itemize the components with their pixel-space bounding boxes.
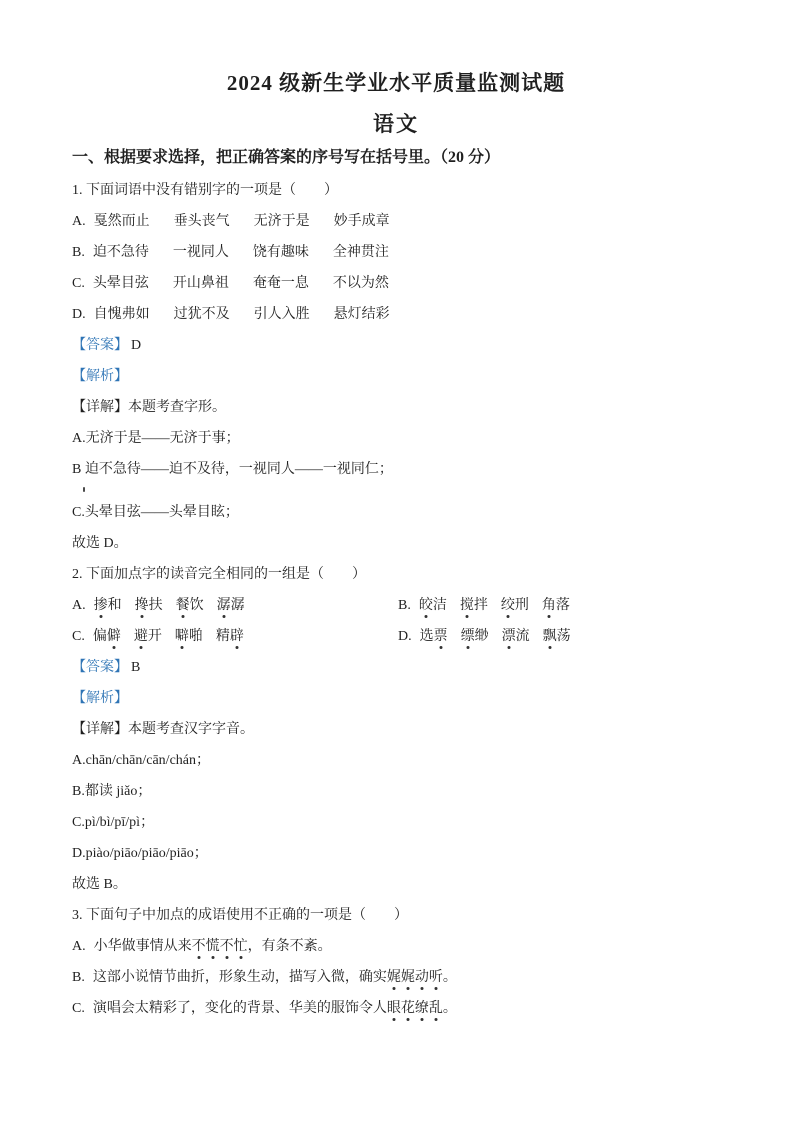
option-text: 演唱会太精彩了，变化的背景、华美的服饰令人眼花缭乱。 (93, 1001, 457, 1016)
option-label: A. (72, 598, 86, 613)
option-label: A. (72, 939, 86, 954)
option-text: 掺和搀扶餐饮潺潺 (94, 598, 245, 613)
q1-option-a: A.戛然而止垂头丧气无济于是妙手成章 (72, 206, 720, 237)
q1-detail-4: C.头晕目弦——头晕目眩； (72, 497, 720, 528)
option-label: A. (72, 214, 86, 229)
option-text: 这部小说情节曲折，形象生动，描写入微，确实娓娓动听。 (93, 970, 457, 985)
q2-option-a: A.掺和搀扶餐饮潺潺 (72, 590, 398, 621)
q1-detail-5: 故选 D。 (72, 528, 720, 559)
option-label: D. (72, 307, 86, 322)
q1-stem: 1. 下面词语中没有错别字的一项是（ ） (72, 175, 720, 206)
option-text: 迫不急待一视同人饶有趣味全神贯注 (93, 245, 389, 260)
q2-option-b: B.皎洁搅拌绞刑角落 (398, 590, 720, 621)
analysis-tag: 【解析】 (72, 691, 128, 706)
scan-artifact-line (72, 485, 720, 497)
q1-option-c: C.头晕目弦开山鼻祖奄奄一息不以为然 (72, 268, 720, 299)
q3-option-b: B.这部小说情节曲折，形象生动，描写入微，确实娓娓动听。 (72, 962, 720, 993)
q1-answer-line: 【答案】D (72, 330, 720, 361)
q2-detail-2: A.chān/chān/cān/chán； (72, 745, 720, 776)
option-text: 皎洁搅拌绞刑角落 (419, 598, 570, 613)
option-label: B. (398, 598, 411, 613)
section-heading: 一、根据要求选择，把正确答案的序号写在括号里。（20 分） (72, 146, 720, 170)
document-body: 1. 下面词语中没有错别字的一项是（ ） A.戛然而止垂头丧气无济于是妙手成章 … (72, 175, 720, 1024)
option-text: 偏僻避开噼啪精辟 (93, 629, 244, 644)
q2-detail-5: D.piào/piāo/piāo/piāo； (72, 838, 720, 869)
q1-option-d: D.自愧弗如过犹不及引人入胜悬灯结彩 (72, 299, 720, 330)
scan-artifact (83, 487, 85, 492)
q2-detail-4: C.pì/bì/pī/pì； (72, 807, 720, 838)
doc-subject: 语文 (72, 110, 720, 138)
q2-analysis-line: 【解析】 (72, 683, 720, 714)
q1-detail-1: 【详解】本题考查字形。 (72, 392, 720, 423)
option-label: B. (72, 970, 85, 985)
q2-option-d: D.选票缥缈漂流飘荡 (398, 621, 720, 652)
answer-tag: 【答案】 (72, 660, 128, 675)
option-label: C. (72, 1001, 85, 1016)
q2-detail-1: 【详解】本题考查汉字字音。 (72, 714, 720, 745)
option-text: 头晕目弦开山鼻祖奄奄一息不以为然 (93, 276, 389, 291)
analysis-tag: 【解析】 (72, 369, 128, 384)
option-label: C. (72, 276, 85, 291)
q2-detail-3: B.都读 jiǎo； (72, 776, 720, 807)
option-label: C. (72, 629, 85, 644)
q2-detail-6: 故选 B。 (72, 869, 720, 900)
q1-analysis-line: 【解析】 (72, 361, 720, 392)
doc-title: 2024 级新生学业水平质量监测试题 (72, 68, 720, 98)
option-text: 戛然而止垂头丧气无济于是妙手成章 (94, 214, 390, 229)
q2-options-row-2: C.偏僻避开噼啪精辟 D.选票缥缈漂流飘荡 (72, 621, 720, 652)
q3-option-a: A.小华做事情从来不慌不忙，有条不紊。 (72, 931, 720, 962)
option-label: D. (398, 629, 412, 644)
answer-value: B (131, 660, 140, 675)
q1-option-b: B.迫不急待一视同人饶有趣味全神贯注 (72, 237, 720, 268)
q1-detail-3: B 迫不急待——迫不及待，一视同人——一视同仁； (72, 454, 720, 485)
q2-answer-line: 【答案】B (72, 652, 720, 683)
answer-tag: 【答案】 (72, 338, 128, 353)
q2-options-row-1: A.掺和搀扶餐饮潺潺 B.皎洁搅拌绞刑角落 (72, 590, 720, 621)
q2-option-c: C.偏僻避开噼啪精辟 (72, 621, 398, 652)
q3-stem: 3. 下面句子中加点的成语使用不正确的一项是（ ） (72, 900, 720, 931)
answer-value: D (131, 338, 141, 353)
document-page: 2024 级新生学业水平质量监测试题 语文 一、根据要求选择，把正确答案的序号写… (0, 0, 793, 1122)
option-text: 小华做事情从来不慌不忙，有条不紊。 (94, 939, 332, 954)
q2-stem: 2. 下面加点字的读音完全相同的一组是（ ） (72, 559, 720, 590)
option-text: 选票缥缈漂流飘荡 (420, 629, 571, 644)
option-text: 自愧弗如过犹不及引人入胜悬灯结彩 (94, 307, 390, 322)
q3-option-c: C.演唱会太精彩了，变化的背景、华美的服饰令人眼花缭乱。 (72, 993, 720, 1024)
option-label: B. (72, 245, 85, 260)
q1-detail-2: A.无济于是——无济于事； (72, 423, 720, 454)
